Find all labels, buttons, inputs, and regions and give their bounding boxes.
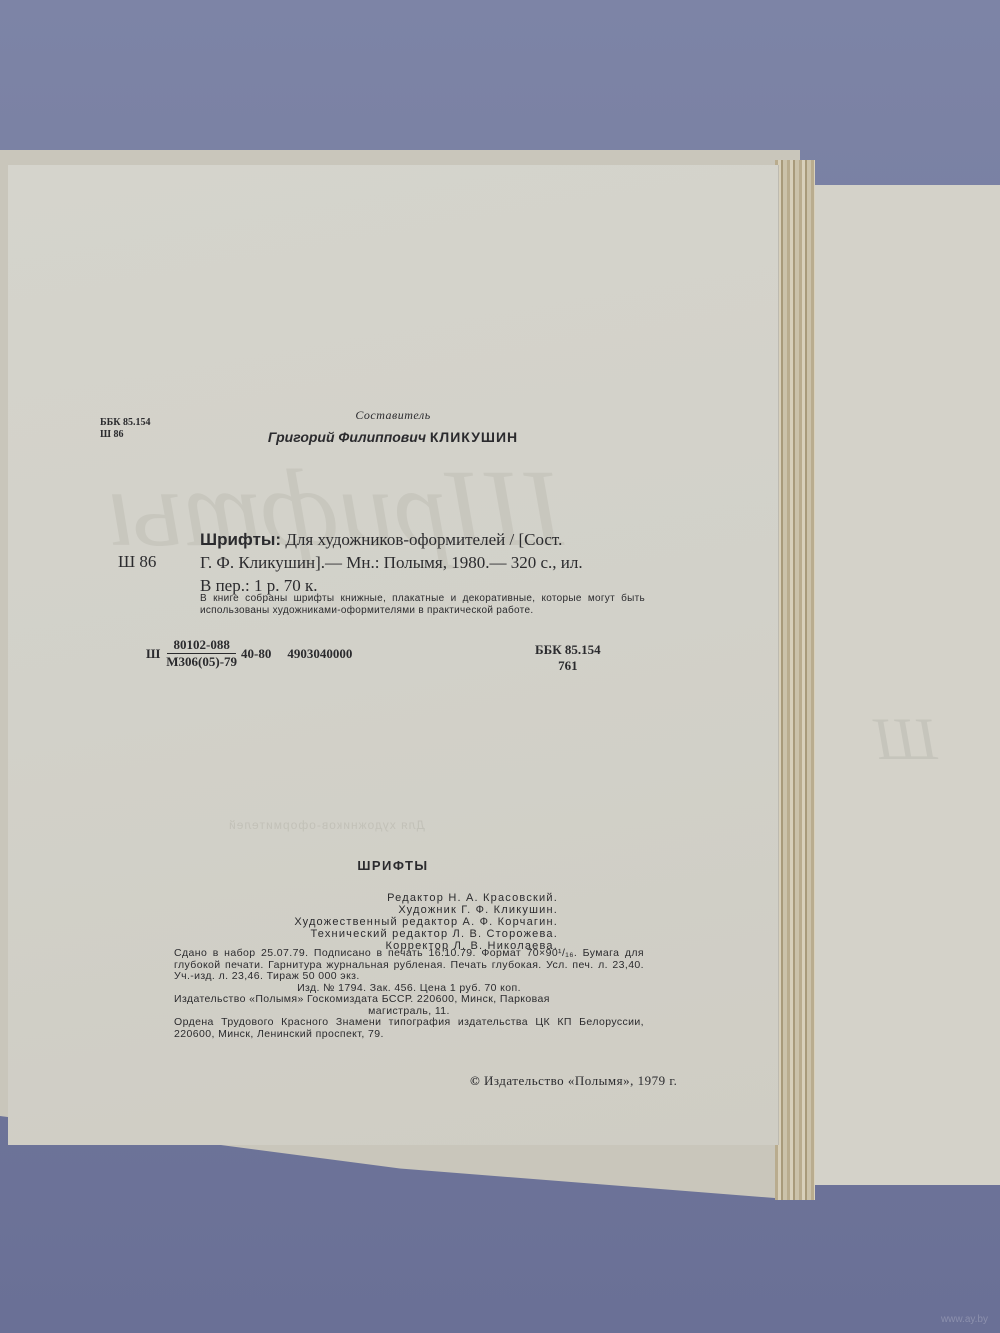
credit-tech-editor: Технический редактор Л. В. Сторожева. — [158, 928, 558, 940]
index-suffix: 40-80 — [241, 646, 271, 662]
bbk-index-code: ББК 85.154 — [535, 642, 601, 658]
copyright-text: Издательство «Полымя», 1979 г. — [484, 1073, 677, 1088]
copyright-icon: © — [470, 1073, 480, 1088]
index-fraction: 80102-088 М306(05)-79 — [166, 637, 237, 670]
show-through-glyph: Ш — [875, 705, 938, 774]
copyright-line: © Издательство «Полымя», 1979 г. — [470, 1073, 677, 1089]
catalog-title: Шрифты: — [200, 530, 281, 549]
compiler-surname: КЛИКУШИН — [430, 429, 518, 445]
book-abstract: В книге собраны шрифты книжные, плакатны… — [200, 593, 645, 617]
print-info: Сдано в набор 25.07.79. Подписано в печа… — [174, 948, 644, 983]
compiler-label: Составитель — [8, 408, 778, 423]
imprint-block: Сдано в набор 25.07.79. Подписано в печа… — [174, 948, 644, 1040]
show-through-subtitle: Для художников-оформителей — [228, 818, 425, 832]
index-numerator: 80102-088 — [167, 637, 235, 654]
compiler-given-names: Григорий Филиппович — [268, 429, 426, 445]
printer-info: Ордена Трудового Красного Знамени типогр… — [174, 1017, 644, 1040]
credit-editor: Редактор Н. А. Красовский. — [158, 892, 558, 904]
site-watermark: www.ay.by — [941, 1314, 988, 1325]
catalog-line-2: Г. Ф. Кликушин].— Мн.: Полымя, 1980.— 32… — [200, 551, 620, 574]
credit-artist: Художник Г. Ф. Кликушин. — [158, 904, 558, 916]
index-formula: Ш 80102-088 М306(05)-79 40-80 4903040000 — [146, 637, 352, 670]
catalog-record: Шрифты: Для художников-оформителей / [Со… — [200, 528, 620, 597]
publisher-address: Издательство «Полымя» Госкомиздата БССР.… — [174, 994, 644, 1006]
book-title: ШРИФТЫ — [8, 858, 778, 873]
index-code: 4903040000 — [287, 646, 352, 662]
credit-art-editor: Художественный редактор А. Ф. Корчагин. — [158, 916, 558, 928]
right-page: Ш — [815, 185, 1000, 1185]
bbk-index: ББК 85.154 761 — [535, 642, 601, 674]
compiler-name: Григорий Филиппович КЛИКУШИН — [8, 429, 778, 445]
book-spine — [775, 160, 815, 1200]
catalog-line-1: Шрифты: Для художников-оформителей / [Со… — [200, 528, 620, 551]
index-letter: Ш — [146, 646, 160, 662]
left-page: Шрифты Для художников-оформителей ББК 85… — [8, 165, 779, 1145]
bbk-index-sub: 761 — [535, 658, 601, 674]
index-denominator: М306(05)-79 — [166, 654, 237, 670]
catalog-code: Ш 86 — [118, 552, 156, 572]
catalog-subtitle: Для художников-оформителей / [Сост. — [285, 530, 562, 549]
credits-list: Редактор Н. А. Красовский. Художник Г. Ф… — [158, 892, 558, 952]
